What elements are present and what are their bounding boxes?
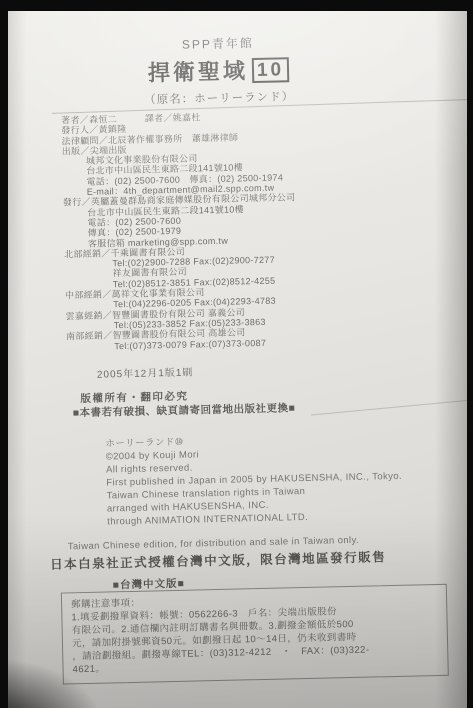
colophon-page: SPP青年館 捍衛聖域10 （原名：ホーリーランド） 著者／森恒二 譯者／姚嘉杜… [8,11,467,708]
publication-credits-list: 著者／森恒二 譯者／姚嘉杜 發行人／黃鎮隆 法律顧問／北辰著作權事務所 蕭雄淋律… [61,110,299,352]
page-crease-line [311,397,467,416]
book-title: 捍衛聖域10 [8,50,448,91]
book-title-text: 捍衛聖域 [148,58,249,85]
title-block: SPP青年館 捍衛聖域10 （原名：ホーリーランド） [8,30,449,111]
printing-info: 2005年12月1版1刷 [97,364,194,381]
page-content: SPP青年館 捍衛聖域10 （原名：ホーリーランド） 著者／森恒二 譯者／姚嘉杜… [8,11,467,708]
mail-order-notice-box: 郵購注意事項： 1.填妥劃撥單資料：帳號：0562266-3 戶名：尖端出版股份… [61,584,449,685]
volume-number-badge: 10 [252,57,290,83]
japanese-copyright-block: ホーリーランド⑩ ©2004 by Kouji Mori All rights … [105,431,403,529]
